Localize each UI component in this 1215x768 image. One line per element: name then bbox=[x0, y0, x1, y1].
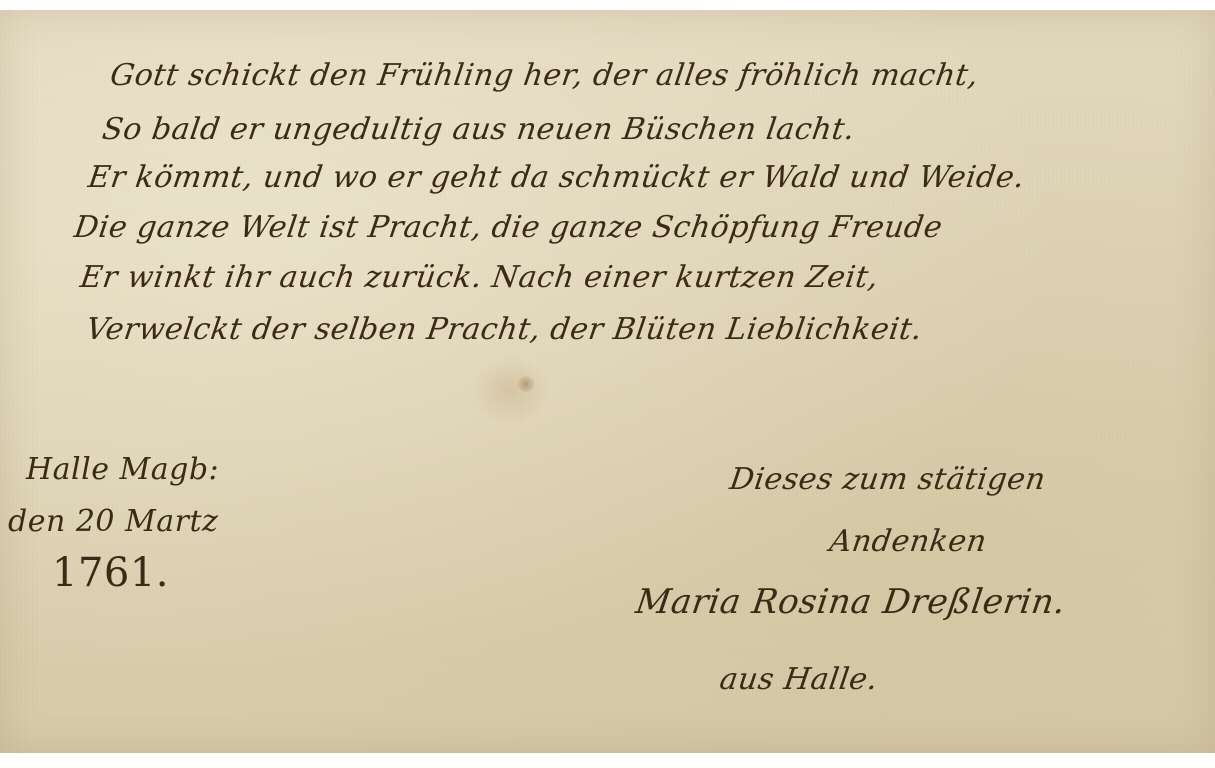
poem-line-5: Er winkt ihr auch zurück. Nach einer kur… bbox=[78, 260, 881, 295]
poem-line-3: Er kömmt, und wo er geht da schmückt er … bbox=[86, 160, 1027, 195]
signature-origin: aus Halle. bbox=[718, 662, 881, 697]
signature-name: Maria Rosina Dreßlerin. bbox=[633, 582, 1068, 622]
dedication-line-1: Dieses zum stätigen bbox=[728, 462, 1048, 497]
paper-stain-spot bbox=[518, 376, 534, 392]
date-day-text: den 20 Martz bbox=[8, 504, 218, 539]
paper-stain-halo bbox=[470, 355, 550, 425]
dedication-line-2: Andenken bbox=[828, 524, 989, 559]
place-text: Halle Magb: bbox=[26, 452, 219, 487]
date-year-text: 1761. bbox=[52, 550, 169, 596]
poem-line-4: Die ganze Welt ist Pracht, die ganze Sch… bbox=[72, 210, 945, 245]
poem-line-2: So bald er ungedultig aus neuen Büschen … bbox=[100, 112, 857, 147]
poem-line-6: Verwelckt der selben Pracht, der Blüten … bbox=[84, 312, 924, 347]
poem-line-1: Gott schickt den Frühling her, der alles… bbox=[108, 58, 981, 93]
manuscript-page: Gott schickt den Frühling her, der alles… bbox=[0, 10, 1215, 753]
